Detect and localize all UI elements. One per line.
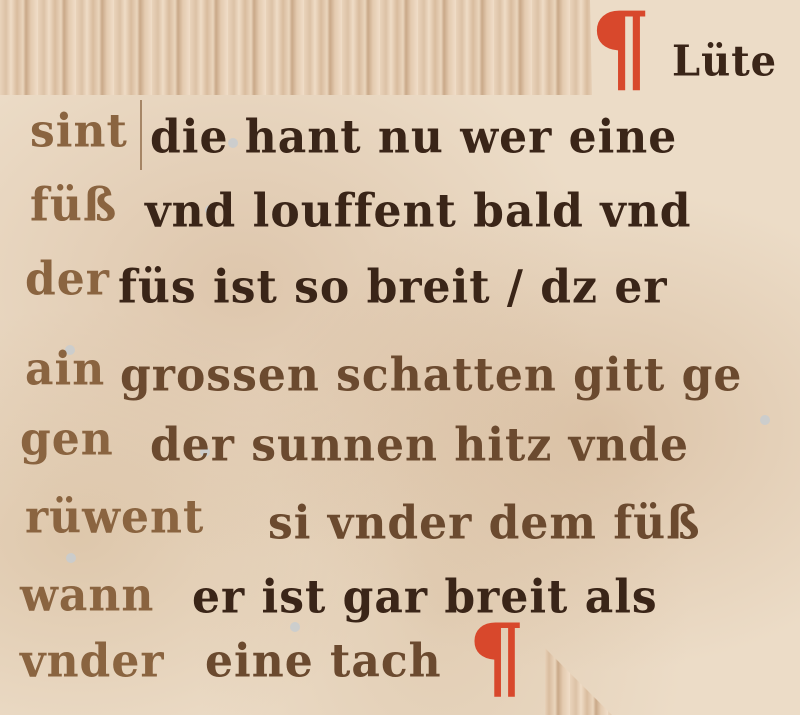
line-3-text: füs ist so breit / dz er <box>118 261 668 315</box>
rubric-paragraph-mark: ¶ <box>590 0 651 96</box>
line-2-text: vnd louffent bald vnd <box>145 185 692 239</box>
line-4-margin: ain <box>25 343 105 397</box>
line-2-margin: füß <box>30 179 117 233</box>
parchment-speck <box>66 553 76 563</box>
line-5-margin: gen <box>20 413 114 467</box>
line-6-margin: rüwent <box>25 491 204 545</box>
line-6-text: si vnder dem füß <box>268 497 701 551</box>
line-7-text: er ist gar breit als <box>192 571 658 625</box>
rubric-paragraph-mark-bottom: ¶ <box>468 612 525 702</box>
line-4-text: grossen schatten gitt ge <box>120 349 742 403</box>
margin-divider <box>140 100 142 170</box>
line-8-margin: vnder <box>20 635 165 689</box>
line-3-margin: der <box>25 253 110 307</box>
line-7-margin: wann <box>20 569 154 623</box>
parchment-speck <box>760 415 770 425</box>
line-5-text: der sunnen hitz vnde <box>150 419 689 473</box>
line-1-margin: sint <box>30 105 128 159</box>
header-word: Lüte <box>672 37 777 86</box>
line-8-text: eine tach <box>205 635 442 689</box>
line-1-text: die hant nu wer eine <box>150 111 677 165</box>
